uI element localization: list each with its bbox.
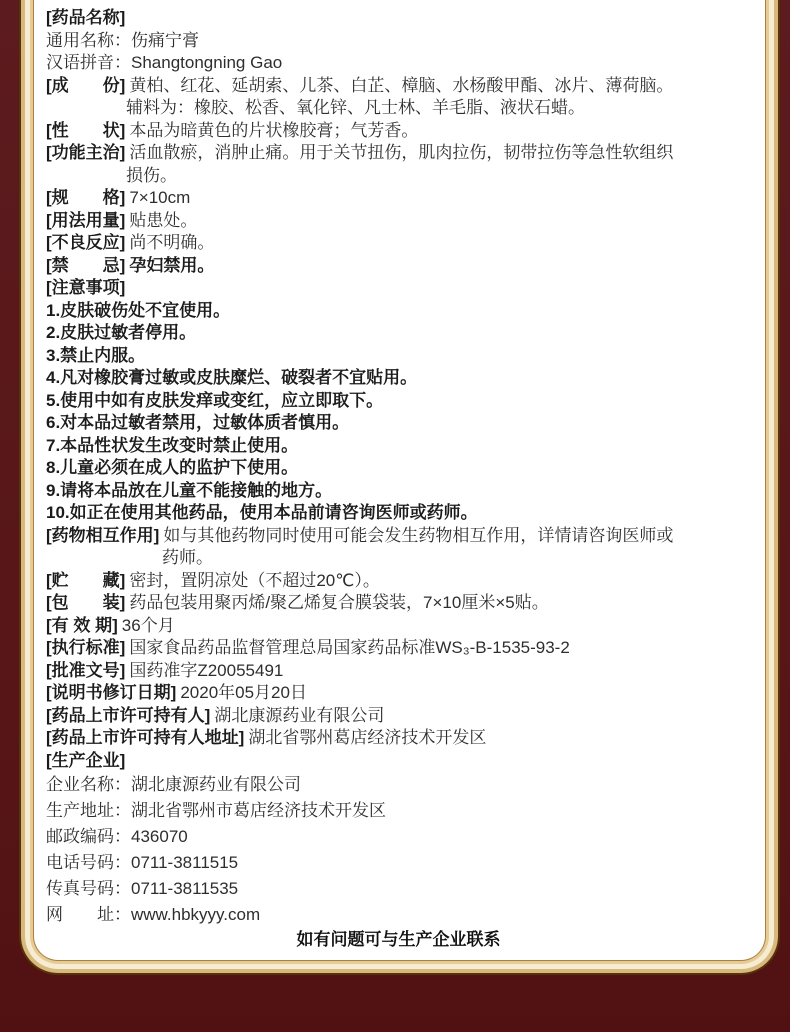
field-label: [用法用量] [46, 211, 125, 230]
info-line: 传真号码：0711-3811535 [46, 876, 751, 902]
field-line: [不良反应]尚不明确。 [46, 232, 751, 255]
field-label: [药品名称] [46, 8, 125, 27]
precaution-item: 4.凡对橡胶膏过敏或皮肤糜烂、破裂者不宜贴用。 [46, 367, 751, 390]
text-value: 传真号码：0711-3811535 [46, 879, 238, 898]
field-value: 黄柏、红花、延胡索、儿茶、白芷、樟脑、水杨酸甲酯、冰片、薄荷脑。 [129, 76, 673, 95]
field-label: [说明书修订日期] [46, 683, 176, 702]
field-line: [有 效 期]36个月 [46, 615, 751, 638]
field-line: [成 份]黄柏、红花、延胡索、儿茶、白芷、樟脑、水杨酸甲酯、冰片、薄荷脑。 [46, 75, 751, 98]
info-line: 邮政编码：436070 [46, 824, 751, 850]
text-value: 汉语拼音：Shangtongning Gao [46, 53, 282, 72]
info-line: 生产地址：湖北省鄂州市葛店经济技术开发区 [46, 798, 751, 824]
field-label: [规 格] [46, 188, 125, 207]
field-label: [不良反应] [46, 233, 125, 252]
text-value: 9.请将本品放在儿童不能接触的地方。 [46, 481, 332, 500]
info-line: 通用名称：伤痛宁膏 [46, 30, 751, 53]
field-label: [有 效 期] [46, 616, 118, 635]
text-value: 1.皮肤破伤处不宜使用。 [46, 301, 230, 320]
text-value: 4.凡对橡胶膏过敏或皮肤糜烂、破裂者不宜贴用。 [46, 368, 417, 387]
precaution-item: 6.对本品过敏者禁用，过敏体质者慎用。 [46, 412, 751, 435]
precaution-item: 5.使用中如有皮肤发痒或变红，应立即取下。 [46, 390, 751, 413]
field-line: [规 格]7×10cm [46, 187, 751, 210]
field-label: [生产企业] [46, 751, 125, 770]
field-line: [贮 藏]密封，置阴凉处（不超过20℃）。 [46, 570, 751, 593]
precaution-item: 9.请将本品放在儿童不能接触的地方。 [46, 480, 751, 503]
text-value: 5.使用中如有皮肤发痒或变红，应立即取下。 [46, 391, 383, 410]
text-value: 生产地址：湖北省鄂州市葛店经济技术开发区 [46, 801, 386, 820]
field-label: [批准文号] [46, 661, 125, 680]
precaution-item: 8.儿童必须在成人的监护下使用。 [46, 457, 751, 480]
field-line: [禁 忌]孕妇禁用。 [46, 255, 751, 278]
field-line: [说明书修订日期]2020年05月20日 [46, 682, 751, 705]
text-value: 企业名称：湖北康源药业有限公司 [46, 775, 301, 794]
info-line: 企业名称：湖北康源药业有限公司 [46, 772, 751, 798]
field-label: [注意事项] [46, 278, 125, 297]
field-line: [性 状]本品为暗黄色的片状橡胶膏；气芳香。 [46, 120, 751, 143]
text-value: 药师。 [162, 548, 213, 567]
info-line: 网 址：www.hbkyyy.com [46, 902, 751, 928]
text-value: 10.如正在使用其他药品，使用本品前请咨询医师或药师。 [46, 503, 478, 522]
precaution-item: 7.本品性状发生改变时禁止使用。 [46, 435, 751, 458]
leaflet-paper: [药品名称]通用名称：伤痛宁膏汉语拼音：Shangtongning Gao[成 … [34, 0, 765, 960]
text-value: 辅料为：橡胶、松香、氧化锌、凡士林、羊毛脂、液状石蜡。 [126, 98, 585, 117]
precaution-item: 1.皮肤破伤处不宜使用。 [46, 300, 751, 323]
field-label: [执行标准] [46, 638, 125, 657]
text-value: 6.对本品过敏者禁用，过敏体质者慎用。 [46, 413, 349, 432]
field-value: 活血散瘀，消肿止痛。用于关节扭伤，肌肉拉伤，韧带拉伤等急性软组织 [129, 143, 673, 162]
precaution-item: 2.皮肤过敏者停用。 [46, 322, 751, 345]
field-value: 36个月 [122, 616, 175, 635]
field-value: 贴患处。 [129, 211, 197, 230]
field-value: 湖北康源药业有限公司 [214, 706, 384, 725]
section-heading: [生产企业] [46, 750, 751, 773]
info-line: 电话号码：0711-3811515 [46, 850, 751, 876]
text-value: 8.儿童必须在成人的监护下使用。 [46, 458, 298, 477]
field-label: [性 状] [46, 121, 125, 140]
precaution-item: 3.禁止内服。 [46, 345, 751, 368]
leaflet-body: [药品名称]通用名称：伤痛宁膏汉语拼音：Shangtongning Gao[成 … [34, 0, 765, 951]
field-line: [批准文号]国药准字Z20055491 [46, 660, 751, 683]
field-line: [功能主治]活血散瘀，消肿止痛。用于关节扭伤，肌肉拉伤，韧带拉伤等急性软组织 [46, 142, 751, 165]
field-line: [执行标准]国家食品药品监督管理总局国家药品标准WS₃-B-1535-93-2 [46, 637, 751, 660]
section-heading: [药品名称] [46, 7, 751, 30]
info-line: 辅料为：橡胶、松香、氧化锌、凡士林、羊毛脂、液状石蜡。 [126, 97, 751, 120]
field-label: [药品上市许可持有人地址] [46, 728, 244, 747]
field-label: [成 份] [46, 76, 125, 95]
field-label: [药品上市许可持有人] [46, 706, 210, 725]
field-value: 孕妇禁用。 [129, 256, 214, 275]
field-value: 如与其他药物同时使用可能会发生药物相互作用，详情请咨询医师或 [163, 526, 673, 545]
field-line: [用法用量]贴患处。 [46, 210, 751, 233]
text-value: 通用名称：伤痛宁膏 [46, 31, 199, 50]
field-value: 尚不明确。 [129, 233, 214, 252]
field-value: 本品为暗黄色的片状橡胶膏；气芳香。 [129, 121, 418, 140]
text-value: 3.禁止内服。 [46, 346, 145, 365]
contact-manufacturer-note: 如有问题可与生产企业联系 [46, 929, 751, 951]
field-value: 国药准字Z20055491 [129, 661, 283, 680]
field-value: 密封，置阴凉处（不超过20℃）。 [129, 571, 380, 590]
field-line: [包 装]药品包装用聚丙烯/聚乙烯复合膜袋装，7×10厘米×5贴。 [46, 592, 751, 615]
text-value: 损伤。 [126, 166, 177, 185]
text-value: 2.皮肤过敏者停用。 [46, 323, 196, 342]
field-value: 湖北省鄂州葛店经济技术开发区 [248, 728, 486, 747]
field-label: [药物相互作用] [46, 526, 159, 545]
info-line: 损伤。 [126, 165, 751, 188]
info-line: 汉语拼音：Shangtongning Gao [46, 52, 751, 75]
info-line: 药师。 [162, 547, 751, 570]
text-value: 网 址：www.hbkyyy.com [46, 905, 260, 924]
field-value: 7×10cm [129, 188, 190, 207]
field-line: [药品上市许可持有人]湖北康源药业有限公司 [46, 705, 751, 728]
field-line: [药物相互作用]如与其他药物同时使用可能会发生药物相互作用，详情请咨询医师或 [46, 525, 751, 548]
screen-background: [药品名称]通用名称：伤痛宁膏汉语拼音：Shangtongning Gao[成 … [0, 0, 790, 1032]
field-value: 药品包装用聚丙烯/聚乙烯复合膜袋装，7×10厘米×5贴。 [129, 593, 548, 612]
field-line: [药品上市许可持有人地址]湖北省鄂州葛店经济技术开发区 [46, 727, 751, 750]
field-label: [包 装] [46, 593, 125, 612]
field-value: 2020年05月20日 [180, 683, 307, 702]
field-label: [贮 藏] [46, 571, 125, 590]
text-value: 电话号码：0711-3811515 [46, 853, 238, 872]
field-label: [禁 忌] [46, 256, 125, 275]
section-heading: [注意事项] [46, 277, 751, 300]
precaution-item: 10.如正在使用其他药品，使用本品前请咨询医师或药师。 [46, 502, 751, 525]
field-value: 国家食品药品监督管理总局国家药品标准WS₃-B-1535-93-2 [129, 638, 569, 657]
text-value: 邮政编码：436070 [46, 827, 188, 846]
text-value: 7.本品性状发生改变时禁止使用。 [46, 436, 298, 455]
field-label: [功能主治] [46, 143, 125, 162]
